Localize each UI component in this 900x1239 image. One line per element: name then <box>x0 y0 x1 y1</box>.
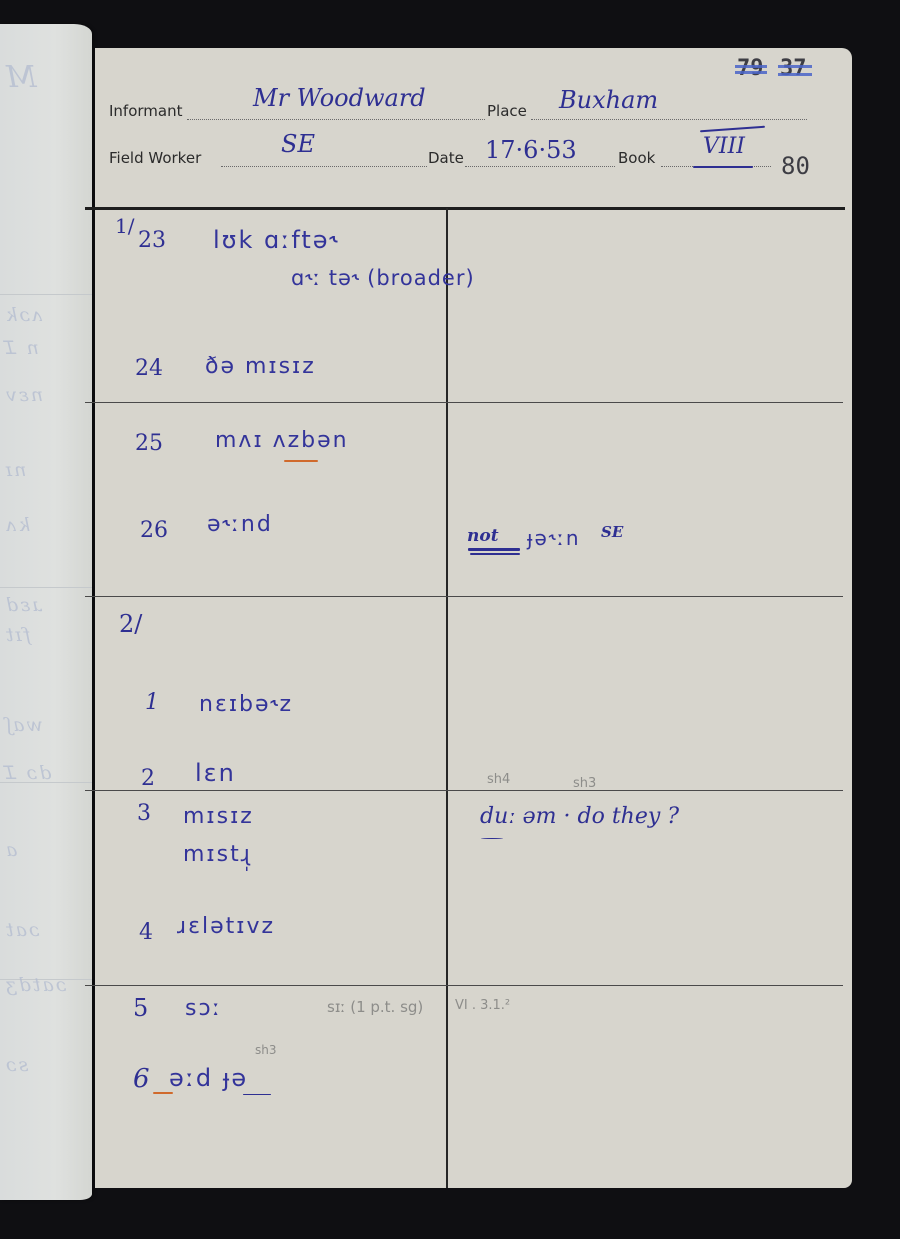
blue-underline <box>243 1094 271 1095</box>
transcription: lʊk ɑːftə˞ <box>213 226 339 254</box>
previous-page-edge: M ʌɔk n Ɪ nɛv nɪ kʌ ɹɛd fɪt waʃ dɔ Ɪ a ɔ… <box>0 24 92 1200</box>
notebook-page: 79 37 Informant Mr Woodward Place Buxham… <box>95 48 852 1188</box>
ghost-text: ɹɛd <box>4 594 42 616</box>
transcription: mʌɪ ʌzbən <box>215 428 349 453</box>
transcription: əːd ɟə <box>169 1064 248 1092</box>
transcription: nɛɪbə˞z <box>199 692 293 717</box>
ghost-text: kʌ <box>4 514 30 536</box>
item-number: 6 <box>133 1064 150 1094</box>
strike-mark <box>735 65 767 68</box>
column-divider <box>446 208 448 1188</box>
book-label: Book <box>618 149 655 167</box>
ghost-text: nɛv <box>4 384 43 406</box>
note-prefix: not <box>467 526 499 546</box>
item-number: 24 <box>135 356 163 381</box>
pencil-annotation: sh3 <box>255 1043 277 1057</box>
pencil-annotation: sɪː (1 p.t. sg) <box>327 998 423 1016</box>
note-underline <box>481 838 503 839</box>
ghost-rule <box>0 294 92 295</box>
note-transcription: ɟə˞ːn <box>527 526 581 550</box>
field-worker-value: SE <box>281 130 315 158</box>
transcription: ðə mɪsɪz <box>205 354 316 379</box>
transcription: lɛn <box>195 759 236 787</box>
ghost-rule <box>0 587 92 588</box>
orange-underline <box>153 1092 173 1094</box>
item-number: 1 <box>145 690 159 715</box>
ghost-text: a <box>4 839 17 861</box>
strike-mark <box>735 71 767 74</box>
book-value: VIII <box>703 134 745 159</box>
transcription-variant: ɑ˞ː tə˞ (broader) <box>291 266 475 290</box>
ghost-text: ʌɔk <box>4 304 43 326</box>
book-overline <box>700 126 765 133</box>
place-line <box>531 119 807 120</box>
row-divider <box>85 596 843 597</box>
field-worker-line <box>221 166 427 167</box>
place-value: Buxham <box>559 86 658 114</box>
date-label: Date <box>428 149 464 167</box>
item-number: 23 <box>138 228 166 253</box>
transcription: mɪsɪz <box>183 804 254 829</box>
item-number: 2 <box>141 766 155 791</box>
date-value: 17·6·53 <box>485 136 577 164</box>
transcription: sɔː <box>185 996 222 1021</box>
note-suffix: SE <box>601 523 623 541</box>
ghost-text: ɔat <box>4 919 40 941</box>
ghost-text: M <box>4 60 37 95</box>
ghost-text: dɔ Ɪ <box>4 759 51 785</box>
ghost-text: nɪ <box>4 459 26 481</box>
ghost-text: n Ɪ <box>4 334 39 360</box>
row-divider <box>85 790 843 791</box>
book-underline <box>693 166 753 168</box>
strike-mark <box>778 65 812 68</box>
transcription: ɹɛlətɪvz <box>177 914 275 939</box>
strike-mark <box>778 73 812 76</box>
informant-value: Mr Woodward <box>253 84 426 112</box>
ghost-text: ɔatdʒ <box>4 974 67 996</box>
section-marker: 1/ <box>115 214 134 238</box>
ghost-text: waʃ <box>4 714 43 736</box>
old-page-number: 79 <box>737 56 764 81</box>
note-text: duː əm · do they ? <box>480 804 679 829</box>
item-number: 3 <box>137 801 151 826</box>
date-line <box>465 166 615 167</box>
header-rule <box>85 207 845 210</box>
note-underline <box>470 553 520 555</box>
note-underline <box>468 548 520 551</box>
item-number: 26 <box>140 518 168 543</box>
informant-line <box>187 119 485 120</box>
item-number: 25 <box>135 431 163 456</box>
row-divider <box>85 402 843 403</box>
transcription-variant: mɪstɻ̩ <box>183 842 252 867</box>
pencil-annotation: sh3 <box>573 776 596 791</box>
item-number: 5 <box>133 994 148 1022</box>
section-marker: 2/ <box>119 610 142 638</box>
pencil-reference: VI . 3.1.² <box>455 998 510 1013</box>
field-worker-label: Field Worker <box>109 149 201 167</box>
pencil-annotation: sh4 <box>487 772 510 787</box>
ghost-text: fɪt <box>4 624 31 646</box>
informant-label: Informant <box>109 102 182 120</box>
orange-underline <box>284 460 318 462</box>
ghost-text: sɔ <box>4 1054 28 1076</box>
old-page-number: 37 <box>780 56 807 81</box>
item-number: 4 <box>139 920 153 945</box>
transcription: ə˞ːnd <box>207 512 273 537</box>
place-label: Place <box>487 102 527 120</box>
page-number: 80 <box>781 152 810 180</box>
row-divider <box>85 985 843 986</box>
